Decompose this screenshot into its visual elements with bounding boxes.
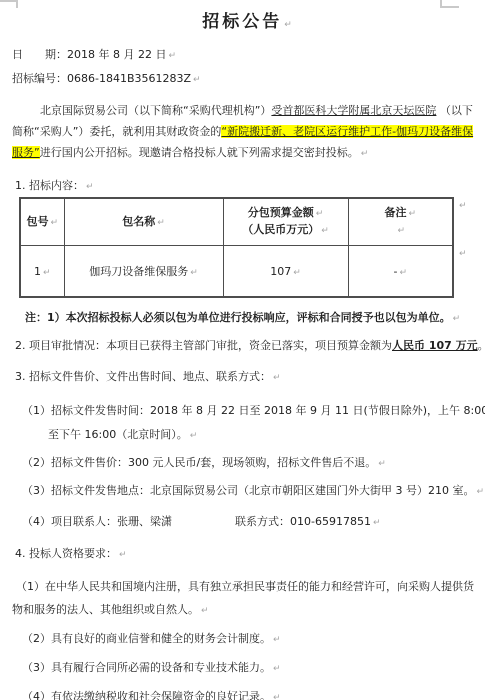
header-cell-package-no: 包号↵	[20, 198, 64, 246]
sub-item-2-price: （2）招标文件售价：300 元人民币/套，现场领购，招标文件售后不退。↵	[12, 456, 485, 471]
header-budget-line1: 分包预算金额↵	[224, 205, 348, 222]
paragraph-mark-icon: ↵	[168, 51, 176, 61]
cell-package-no: 1↵	[20, 246, 64, 298]
paragraph-mark-icon: ↵	[43, 268, 51, 278]
item-2-approval: 2. 项目审批情况：本项目已获得主管部门审批，资金已落实，项目预算金额为人民币 …	[12, 339, 485, 354]
contact-phone-text: 联系方式：010-65917851	[235, 515, 371, 528]
paragraph-mark-icon: ↵	[321, 226, 329, 236]
requirement-2-text: （2）具有良好的商业信誉和健全的财务会计制度。	[22, 632, 271, 645]
paragraph-mark-icon: ↵	[316, 209, 324, 219]
note-text: 注：1）本次招标投标人必须以包为单位进行投标响应，评标和合同授予也以包为单位。	[25, 311, 451, 324]
sub-item-1-line-1: （1）招标文件发售时间：2018 年 8 月 22 日至 2018 年 9 月 …	[22, 399, 485, 423]
purchaser-name-underlined: 受首都医科大学附属北京天坛医院	[271, 104, 436, 117]
table-header-row: 包号↵ 包名称↵ 分包预算金额↵（人民币万元）↵ 备注↵↵	[20, 198, 453, 246]
sub-item-1-sale-time: （1）招标文件发售时间：2018 年 8 月 22 日至 2018 年 9 月 …	[12, 399, 485, 448]
project-name-highlighted: 服务”	[12, 146, 40, 159]
intro-text: 简称“采购人”）委托，就利用其财政资金的	[12, 125, 221, 138]
paragraph-mark-icon: ↵	[190, 431, 198, 441]
page-title: 招标公告↵	[12, 10, 485, 37]
paragraph-mark-icon: ↵	[193, 75, 201, 85]
header-cell-remark: 备注↵↵	[348, 198, 453, 246]
header-text: （人民币万元）	[242, 223, 319, 236]
paragraph-mark-icon: ↵	[397, 226, 405, 236]
paragraph-mark-icon: ↵	[408, 209, 416, 219]
page-title-text: 招标公告	[202, 12, 282, 32]
paragraph-mark-icon: ↵	[201, 606, 209, 616]
intro-line-2: 简称“采购人”）委托，就利用其财政资金的“新院搬迁新、老院区运行维护工作-伽玛刀…	[12, 121, 485, 142]
budget-amount-underlined: 人民币 107 万元	[392, 339, 478, 352]
cell-remark: -↵	[348, 246, 453, 298]
sub-item-4-contact: （4）项目联系人：张珊、梁潇 联系方式：010-65917851↵	[12, 513, 485, 527]
intro-paragraph: 北京国际贸易公司（以下简称“采购代理机构”）受首都医科大学附属北京天坛医院 （以…	[12, 100, 485, 165]
paragraph-mark-icon: ↵	[459, 249, 467, 259]
paragraph-mark-icon: ↵	[378, 459, 386, 469]
paragraph-mark-icon: ↵	[273, 664, 281, 674]
header-budget-line2: （人民币万元）↵	[224, 222, 348, 239]
bid-table: 包号↵ 包名称↵ 分包预算金额↵（人民币万元）↵ 备注↵↵ 1↵ 伽玛刀设备维保…	[19, 197, 454, 298]
requirement-3: （3）具有履行合同所必需的设备和专业技术能力。↵	[12, 661, 485, 676]
intro-text: 北京国际贸易公司（以下简称“采购代理机构”）	[40, 104, 271, 117]
requirement-2: （2）具有良好的商业信誉和健全的财务会计制度。↵	[12, 632, 485, 647]
item-2-text-end: 。	[478, 339, 485, 352]
header-text: 包名称	[122, 215, 155, 228]
paragraph-mark-icon: ↵	[273, 373, 281, 383]
intro-line-3: 服务”进行国内公开招标。现邀请合格投标人就下列需求提交密封投标。↵	[12, 142, 485, 165]
table-data-row: 1↵ 伽玛刀设备维保服务↵ 107↵ -↵	[20, 246, 453, 298]
requirement-1-line-1: （1）在中华人民共和国境内注册，具有独立承担民事责任的能力和经营许可，向采购人提…	[12, 575, 485, 598]
sub-item-1-line-2-text: 至下午 16:00（北京时间）。	[48, 428, 188, 441]
paragraph-mark-icon: ↵	[293, 268, 301, 278]
page-corner-mark-right	[440, 6, 459, 8]
header-text: 包号	[26, 215, 48, 228]
header-cell-budget: 分包预算金额↵（人民币万元）↵	[223, 198, 348, 246]
paragraph-mark-icon: ↵	[157, 218, 165, 228]
paragraph-mark-icon: ↵	[273, 635, 281, 645]
paragraph-mark-icon: ↵	[284, 20, 295, 30]
project-name-highlighted: “新院搬迁新、老院区运行维护工作-伽玛刀设备维保	[221, 125, 473, 138]
section-1-heading: 1. 招标内容：↵	[12, 179, 485, 194]
header-remark-line2: ↵	[349, 222, 453, 239]
cell-package-name: 伽玛刀设备维保服务↵	[64, 246, 223, 298]
document-page: 招标公告↵ 日 期：2018 年 8 月 22 日↵ 招标编号：0686-184…	[0, 0, 497, 700]
intro-text: 进行国内公开招标。现邀请合格投标人就下列需求提交密封投标。	[40, 146, 359, 159]
requirement-1-line-2: 物和服务的法人、其他组织或自然人。↵	[12, 598, 485, 623]
cell-budget: 107↵	[223, 246, 348, 298]
bid-number-text: 招标编号：0686-1841B3561283Z	[12, 72, 191, 85]
date-text: 日 期：2018 年 8 月 22 日	[12, 48, 166, 61]
header-text: 备注	[384, 206, 406, 219]
date-line: 日 期：2018 年 8 月 22 日↵	[12, 48, 485, 63]
paragraph-mark-icon: ↵	[86, 182, 94, 192]
paragraph-mark-icon: ↵	[119, 550, 127, 560]
sub-item-3-location: （3）招标文件发售地点：北京国际贸易公司（北京市朝阳区建国门外大街甲 3 号）2…	[12, 484, 485, 499]
requirement-4: （4）有依法缴纳税收和社会保障资金的良好记录。↵	[12, 690, 485, 700]
cell-text: -	[393, 265, 397, 278]
section-4-heading: 4. 投标人资格要求：↵	[12, 547, 485, 562]
paragraph-mark-icon: ↵	[453, 314, 461, 324]
sub-item-1-line-2: 至下午 16:00（北京时间）。↵	[22, 423, 485, 448]
sub-item-3-text: （3）招标文件发售地点：北京国际贸易公司（北京市朝阳区建国门外大街甲 3 号）2…	[22, 484, 474, 497]
cell-text: 伽玛刀设备维保服务	[89, 265, 188, 278]
bid-number-line: 招标编号：0686-1841B3561283Z↵	[12, 72, 485, 87]
paragraph-mark-icon: ↵	[190, 268, 198, 278]
header-remark-line1: 备注↵	[349, 205, 453, 222]
header-text: 分包预算金额	[248, 206, 314, 219]
requirement-4-text: （4）有依法缴纳税收和社会保障资金的良好记录。	[22, 690, 271, 700]
paragraph-mark-icon: ↵	[459, 201, 467, 211]
section-1-heading-text: 1. 招标内容：	[15, 179, 84, 192]
header-cell-package-name: 包名称↵	[64, 198, 223, 246]
paragraph-mark-icon: ↵	[361, 149, 369, 159]
paragraph-mark-icon: ↵	[273, 693, 281, 700]
paragraph-mark-icon: ↵	[399, 268, 407, 278]
note-line: 注：1）本次招标投标人必须以包为单位进行投标响应，评标和合同授予也以包为单位。↵	[12, 311, 485, 326]
bid-table-wrapper: 包号↵ 包名称↵ 分包预算金额↵（人民币万元）↵ 备注↵↵ 1↵ 伽玛刀设备维保…	[19, 197, 452, 298]
requirement-1-line-2-text: 物和服务的法人、其他组织或自然人。	[12, 603, 199, 616]
paragraph-mark-icon: ↵	[50, 218, 58, 228]
item-2-text: 2. 项目审批情况：本项目已获得主管部门审批，资金已落实，项目预算金额为	[15, 339, 392, 352]
cell-text: 107	[270, 265, 291, 278]
intro-line-1: 北京国际贸易公司（以下简称“采购代理机构”）受首都医科大学附属北京天坛医院 （以…	[12, 100, 485, 121]
sub-item-2-text: （2）招标文件售价：300 元人民币/套，现场领购，招标文件售后不退。	[22, 456, 376, 469]
requirement-1: （1）在中华人民共和国境内注册，具有独立承担民事责任的能力和经营许可，向采购人提…	[12, 575, 485, 623]
contact-names-text: （4）项目联系人：张珊、梁潇	[22, 515, 172, 528]
cell-text: 1	[34, 265, 41, 278]
section-3-heading: 3. 招标文件售价、文件出售时间、地点、联系方式：↵	[12, 370, 485, 385]
section-3-heading-text: 3. 招标文件售价、文件出售时间、地点、联系方式：	[15, 370, 271, 383]
section-4-heading-text: 4. 投标人资格要求：	[15, 547, 117, 560]
page-corner-mark-left-tick	[16, 0, 18, 8]
paragraph-mark-icon: ↵	[476, 487, 484, 497]
contact-phone: 联系方式：010-65917851↵	[235, 513, 381, 529]
paragraph-mark-icon: ↵	[373, 518, 381, 528]
intro-text: （以下	[436, 104, 473, 117]
requirement-3-text: （3）具有履行合同所必需的设备和专业技术能力。	[22, 661, 271, 674]
